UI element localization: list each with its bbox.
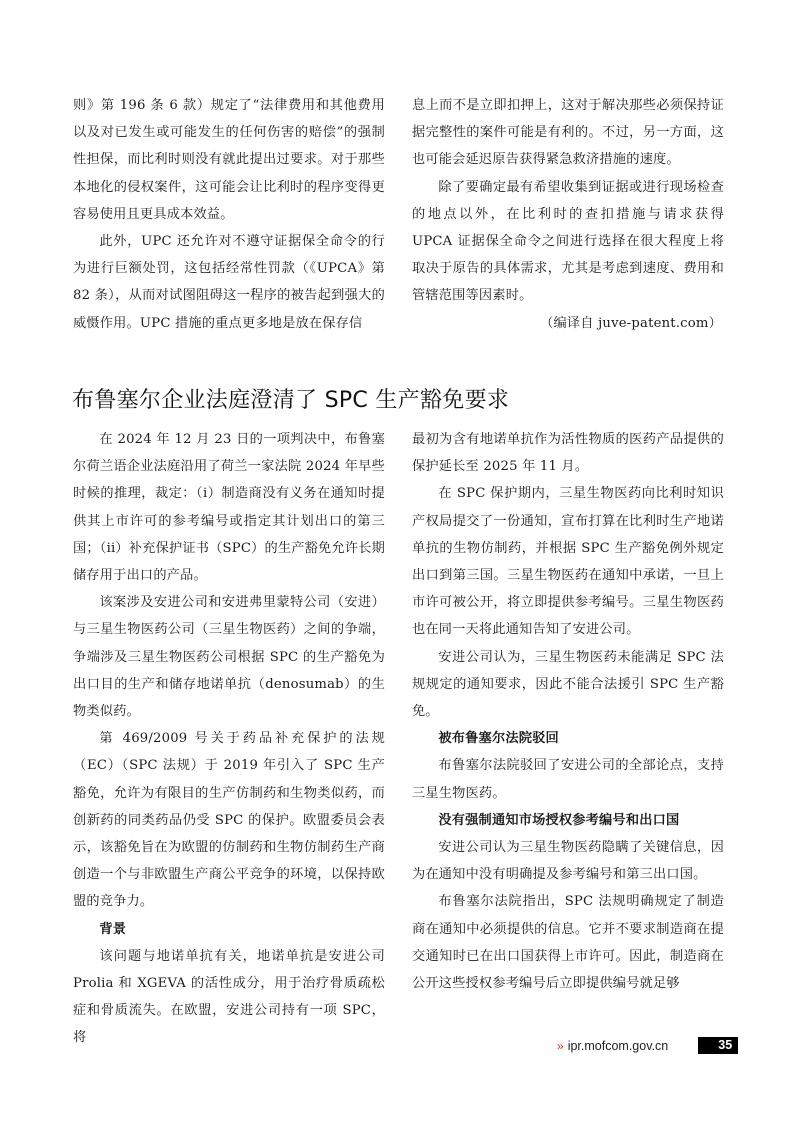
- paragraph: 安进公司认为三星生物医药隐瞒了关键信息，因为在通知中没有明确提及参考编号和第三出…: [412, 834, 724, 888]
- website-link[interactable]: ipr.mofcom.gov.cn: [568, 1039, 669, 1053]
- paragraph: 第 469/2009 号关于药品补充保护的法规（EC）（SPC 法规）于 201…: [73, 725, 385, 915]
- paragraph: 最初为含有地诺单抗作为活性物质的医药产品提供的保护延长至 2025 年 11 月…: [412, 426, 724, 480]
- paragraph: 在 2024 年 12 月 23 日的一项判决中，布鲁塞尔荷兰语企业法庭沿用了荷…: [73, 426, 385, 589]
- source-credit: （编译自 juve-patent.com）: [412, 310, 724, 337]
- double-chevron-right-icon: »: [557, 1039, 561, 1053]
- article-left-column: 在 2024 年 12 月 23 日的一项判决中，布鲁塞尔荷兰语企业法庭沿用了荷…: [73, 426, 385, 1052]
- article-title: 布鲁塞尔企业法庭澄清了 SPC 生产豁免要求: [72, 384, 509, 418]
- paragraph: 该案涉及安进公司和安进弗里蒙特公司（安进）与三星生物医药公司（三星生物医药）之间…: [73, 589, 385, 725]
- paragraph: 布鲁塞尔法院指出，SPC 法规明确规定了制造商在通知中必须提供的信息。它并不要求…: [412, 888, 724, 997]
- page-footer: » ipr.mofcom.gov.cn 35: [557, 1037, 738, 1054]
- paragraph: 该问题与地诺单抗有关，地诺单抗是安进公司 Prolia 和 XGEVA 的活性成…: [73, 943, 385, 1052]
- page-number: 35: [698, 1037, 738, 1054]
- top-left-column: 则》第 196 条 6 款）规定了“法律费用和其他费用以及对已发生或可能发生的任…: [73, 92, 385, 337]
- paragraph: 息上而不是立即扣押上，这对于解决那些必须保持证据完整性的案件可能是有利的。不过，…: [412, 92, 724, 174]
- paragraph: 此外，UPC 还允许对不遵守证据保全命令的行为进行巨额处罚，这包括经常性罚款（《…: [73, 228, 385, 337]
- section-heading-dismissed: 被布鲁塞尔法院驳回: [412, 725, 724, 752]
- paragraph: 安进公司认为，三星生物医药未能满足 SPC 法规规定的通知要求，因此不能合法援引…: [412, 644, 724, 726]
- section-heading-no-obligation: 没有强制通知市场授权参考编号和出口国: [412, 807, 724, 834]
- article-right-column: 最初为含有地诺单抗作为活性物质的医药产品提供的保护延长至 2025 年 11 月…: [412, 426, 724, 997]
- paragraph: 则》第 196 条 6 款）规定了“法律费用和其他费用以及对已发生或可能发生的任…: [73, 92, 385, 228]
- top-right-column: 息上而不是立即扣押上，这对于解决那些必须保持证据完整性的案件可能是有利的。不过，…: [412, 92, 724, 337]
- paragraph: 布鲁塞尔法院驳回了安进公司的全部论点，支持三星生物医药。: [412, 752, 724, 806]
- paragraph: 除了要确定最有希望收集到证据或进行现场检查的地点以外，在比利时的查扣措施与请求获…: [412, 174, 724, 310]
- section-heading-background: 背景: [73, 916, 385, 943]
- paragraph: 在 SPC 保护期内，三星生物医药向比利时知识产权局提交了一份通知，宣布打算在比…: [412, 480, 724, 643]
